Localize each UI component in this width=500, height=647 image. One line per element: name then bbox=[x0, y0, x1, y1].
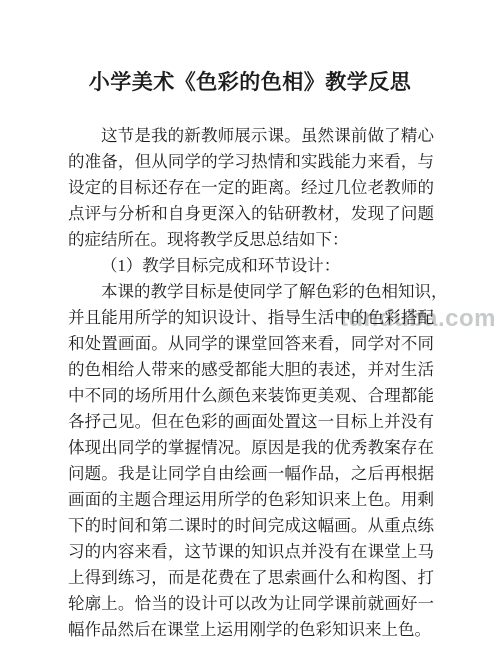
paragraph: 本课的教学目标是使同学了解色彩的色相知识，并且能用所学的知识设计、指导生活中的色… bbox=[68, 279, 434, 643]
text-line: 并且能用所学的知识设计、指导生活中的色彩搭配 bbox=[68, 305, 434, 331]
document-page: 小学美术《色彩的色相》教学反思 tunduba.com 这节是我的新教师展示课。… bbox=[0, 0, 500, 647]
text-line: 的准备，但从同学的学习热情和实践能力来看，与 bbox=[68, 149, 434, 175]
text-line: 这节是我的新教师展示课。虽然课前做了精心 bbox=[68, 123, 434, 149]
paragraph: 这节是我的新教师展示课。虽然课前做了精心的准备，但从同学的学习热情和实践能力来看… bbox=[68, 123, 434, 253]
text-line: 设定的目标还存在一定的距离。经过几位老教师的 bbox=[68, 175, 434, 201]
paragraph: （1）教学目标完成和环节设计： bbox=[68, 253, 434, 279]
text-line: 问题。我是让同学自由绘画一幅作品，之后再根据 bbox=[68, 461, 434, 487]
text-line: 点评与分析和自身更深入的钻研教材，发现了问题 bbox=[68, 201, 434, 227]
text-line: 幅作品然后在课堂上运用刚学的色彩知识来上色。 bbox=[68, 617, 434, 643]
text-line: 下的时间和第二课时的时间完成这幅画。从重点练 bbox=[68, 513, 434, 539]
text-line: 习的内容来看，这节课的知识点并没有在课堂上马 bbox=[68, 539, 434, 565]
text-line: 和处置画面。从同学的课堂回答来看，同学对不同 bbox=[68, 331, 434, 357]
text-line: 上得到练习，而是花费在了思索画什么和构图、打 bbox=[68, 565, 434, 591]
text-line: 的症结所在。现将教学反思总结如下： bbox=[68, 227, 434, 253]
text-line: 各抒己见。但在色彩的画面处置这一目标上并没有 bbox=[68, 409, 434, 435]
document-body: 这节是我的新教师展示课。虽然课前做了精心的准备，但从同学的学习热情和实践能力来看… bbox=[68, 123, 434, 643]
text-line: 的色相给人带来的感受都能大胆的表述，并对生活 bbox=[68, 357, 434, 383]
text-line: 画面的主题合理运用所学的色彩知识来上色。用剩 bbox=[68, 487, 434, 513]
page-title: 小学美术《色彩的色相》教学反思 bbox=[0, 69, 500, 97]
text-line: 本课的教学目标是使同学了解色彩的色相知识， bbox=[68, 279, 434, 305]
text-line: （1）教学目标完成和环节设计： bbox=[68, 253, 434, 279]
text-line: 体现出同学的掌握情况。原因是我的优秀教案存在 bbox=[68, 435, 434, 461]
text-line: 中不同的场所用什么颜色来装饰更美观、合理都能 bbox=[68, 383, 434, 409]
text-line: 轮廓上。恰当的设计可以改为让同学课前就画好一 bbox=[68, 591, 434, 617]
